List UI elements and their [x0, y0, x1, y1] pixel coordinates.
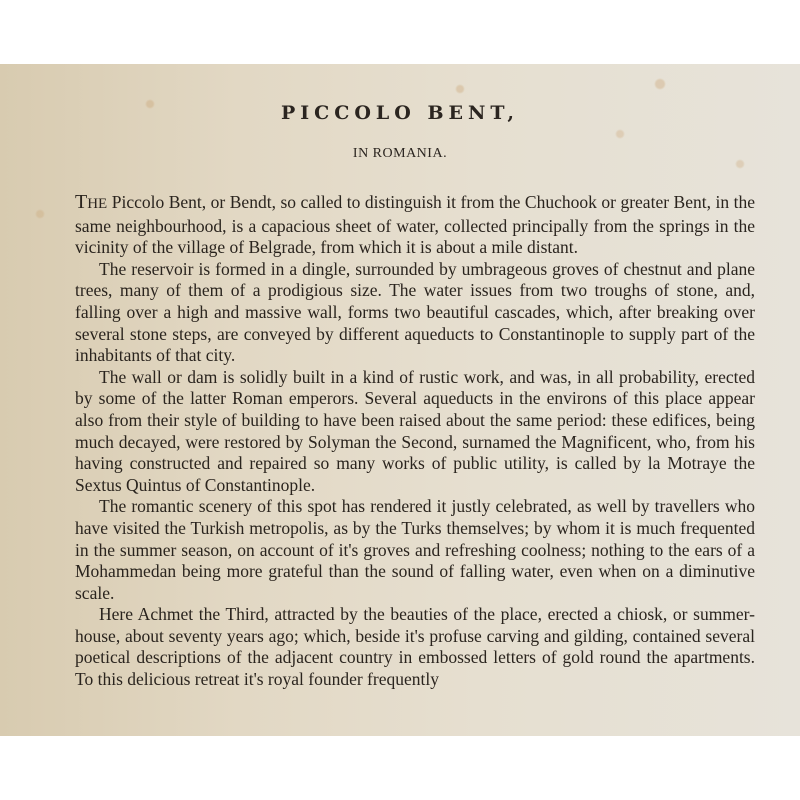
paragraph-1-text: Piccolo Bent, or Bendt, so called to dis…: [75, 192, 755, 257]
paragraph-4: The romantic scenery of this spot has re…: [75, 496, 755, 604]
drop-cap: T: [75, 191, 87, 213]
page-title: PICCOLO BENT,: [0, 102, 800, 124]
paragraph-2: The reservoir is formed in a dingle, sur…: [75, 259, 755, 367]
body-text: THE Piccolo Bent, or Bendt, so called to…: [75, 192, 755, 691]
page-subtitle: IN ROMANIA.: [0, 146, 800, 162]
document-page: PICCOLO BENT, IN ROMANIA. THE Piccolo Be…: [0, 64, 800, 736]
small-caps-text: HE: [87, 196, 107, 212]
paragraph-1: THE Piccolo Bent, or Bendt, so called to…: [75, 192, 755, 259]
paragraph-5: Here Achmet the Third, attracted by the …: [75, 604, 755, 690]
paragraph-3: The wall or dam is solidly built in a ki…: [75, 367, 755, 497]
